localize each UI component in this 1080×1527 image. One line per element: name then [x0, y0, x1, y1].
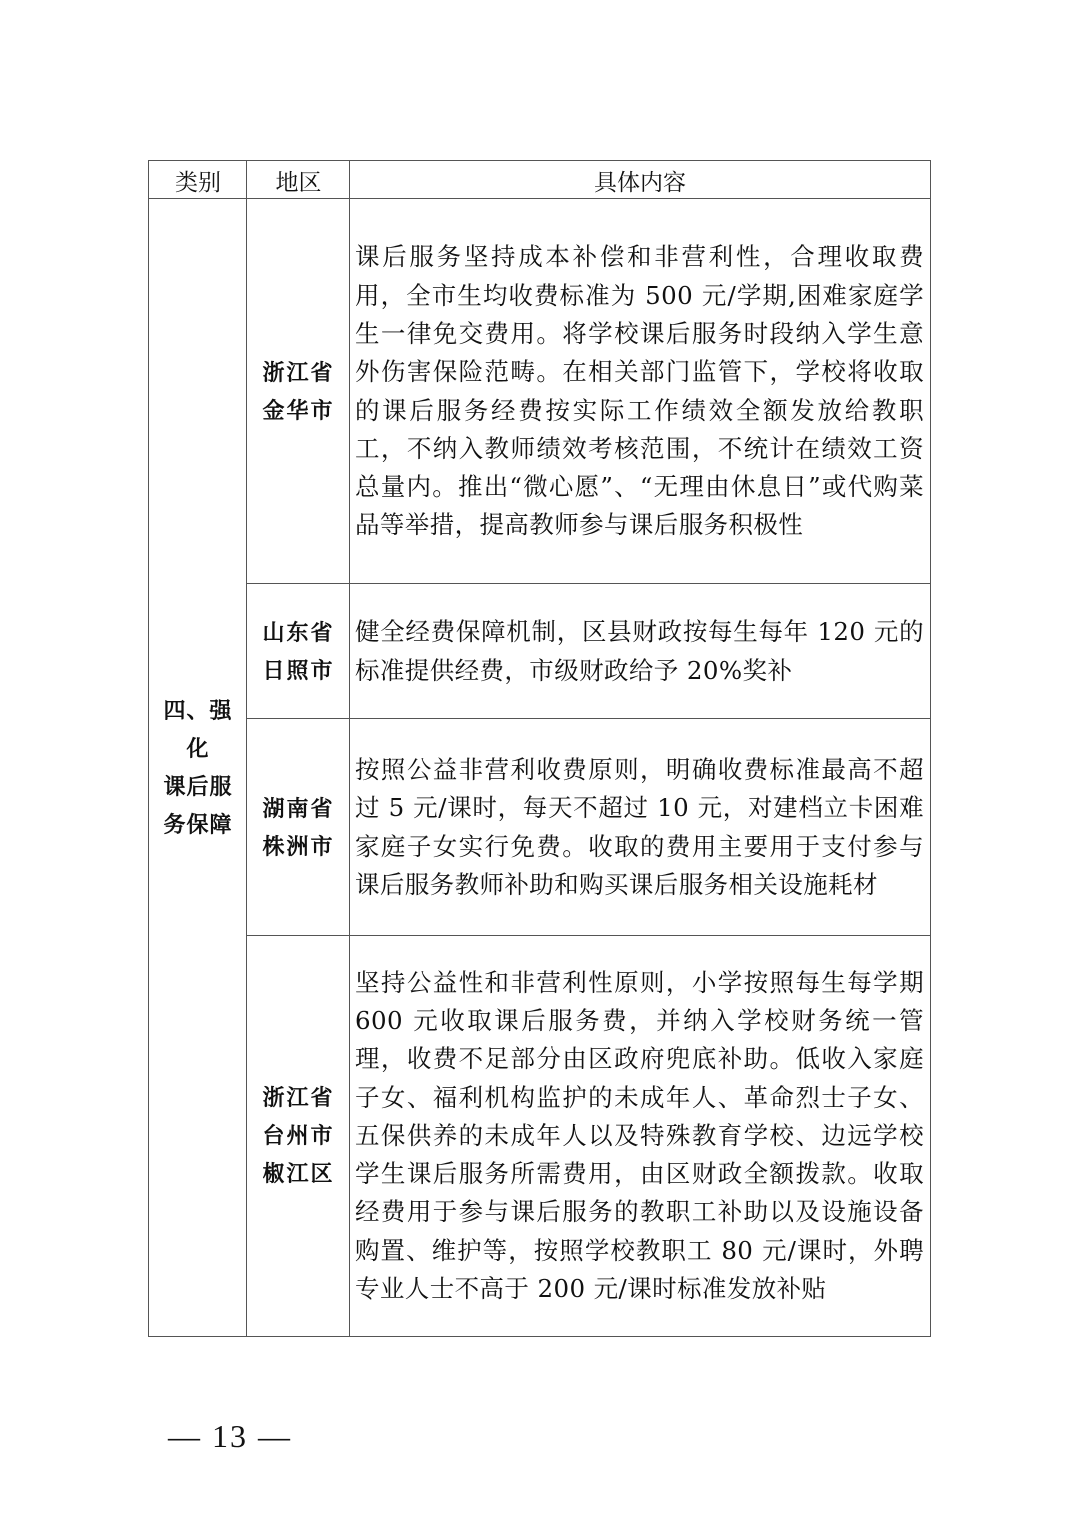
region-line: 湖南省	[259, 790, 339, 828]
region-line: 浙江省	[259, 354, 339, 392]
region-line: 株洲市	[259, 828, 339, 866]
page-number: — 13 —	[168, 1418, 292, 1455]
region-line: 椒江区	[259, 1155, 339, 1193]
content-cell: 健全经费保障机制，区县财政按每生每年 120 元的标准提供经费，市级财政给予 2…	[350, 584, 928, 719]
category-cell: 四、强化 课后服 务保障	[149, 199, 247, 1336]
category-line: 务保障	[155, 806, 241, 844]
content-cell: 坚持公益性和非营利性原则，小学按照每生每学期 600 元收取课后服务费，并纳入学…	[350, 936, 928, 1336]
content-text: 课后服务坚持成本补偿和非营利性，合理收取费用，全市生均收费标准为 500 元/学…	[355, 238, 924, 544]
region-line: 台州市	[259, 1117, 339, 1155]
category-line: 课后服	[155, 768, 241, 806]
content-text: 按照公益非营利收费原则，明确收费标准最高不超过 5 元/课时，每天不超过 10 …	[355, 751, 924, 904]
content-cell: 课后服务坚持成本补偿和非营利性，合理收取费用，全市生均收费标准为 500 元/学…	[350, 199, 928, 584]
content-text: 坚持公益性和非营利性原则，小学按照每生每学期 600 元收取课后服务费，并纳入学…	[355, 964, 924, 1309]
region-cell: 湖南省 株洲市	[247, 719, 350, 936]
region-cell: 浙江省 金华市	[247, 199, 350, 584]
header-content: 具体内容	[350, 161, 930, 199]
region-cell: 浙江省 台州市 椒江区	[247, 936, 350, 1336]
region-cell: 山东省 日照市	[247, 584, 350, 719]
header-category: 类别	[149, 161, 247, 199]
policy-table: 类别 地区 具体内容 四、强化 课后服 务保障 浙江省 金华市 课后服务坚持成本…	[148, 160, 931, 1337]
header-region: 地区	[247, 161, 350, 199]
content-cell: 按照公益非营利收费原则，明确收费标准最高不超过 5 元/课时，每天不超过 10 …	[350, 719, 928, 936]
region-line: 山东省	[259, 614, 339, 652]
region-line: 浙江省	[259, 1079, 339, 1117]
region-line: 日照市	[259, 652, 339, 690]
category-line: 四、强化	[155, 692, 241, 768]
content-text: 健全经费保障机制，区县财政按每生每年 120 元的标准提供经费，市级财政给予 2…	[355, 613, 924, 690]
region-line: 金华市	[259, 392, 339, 430]
